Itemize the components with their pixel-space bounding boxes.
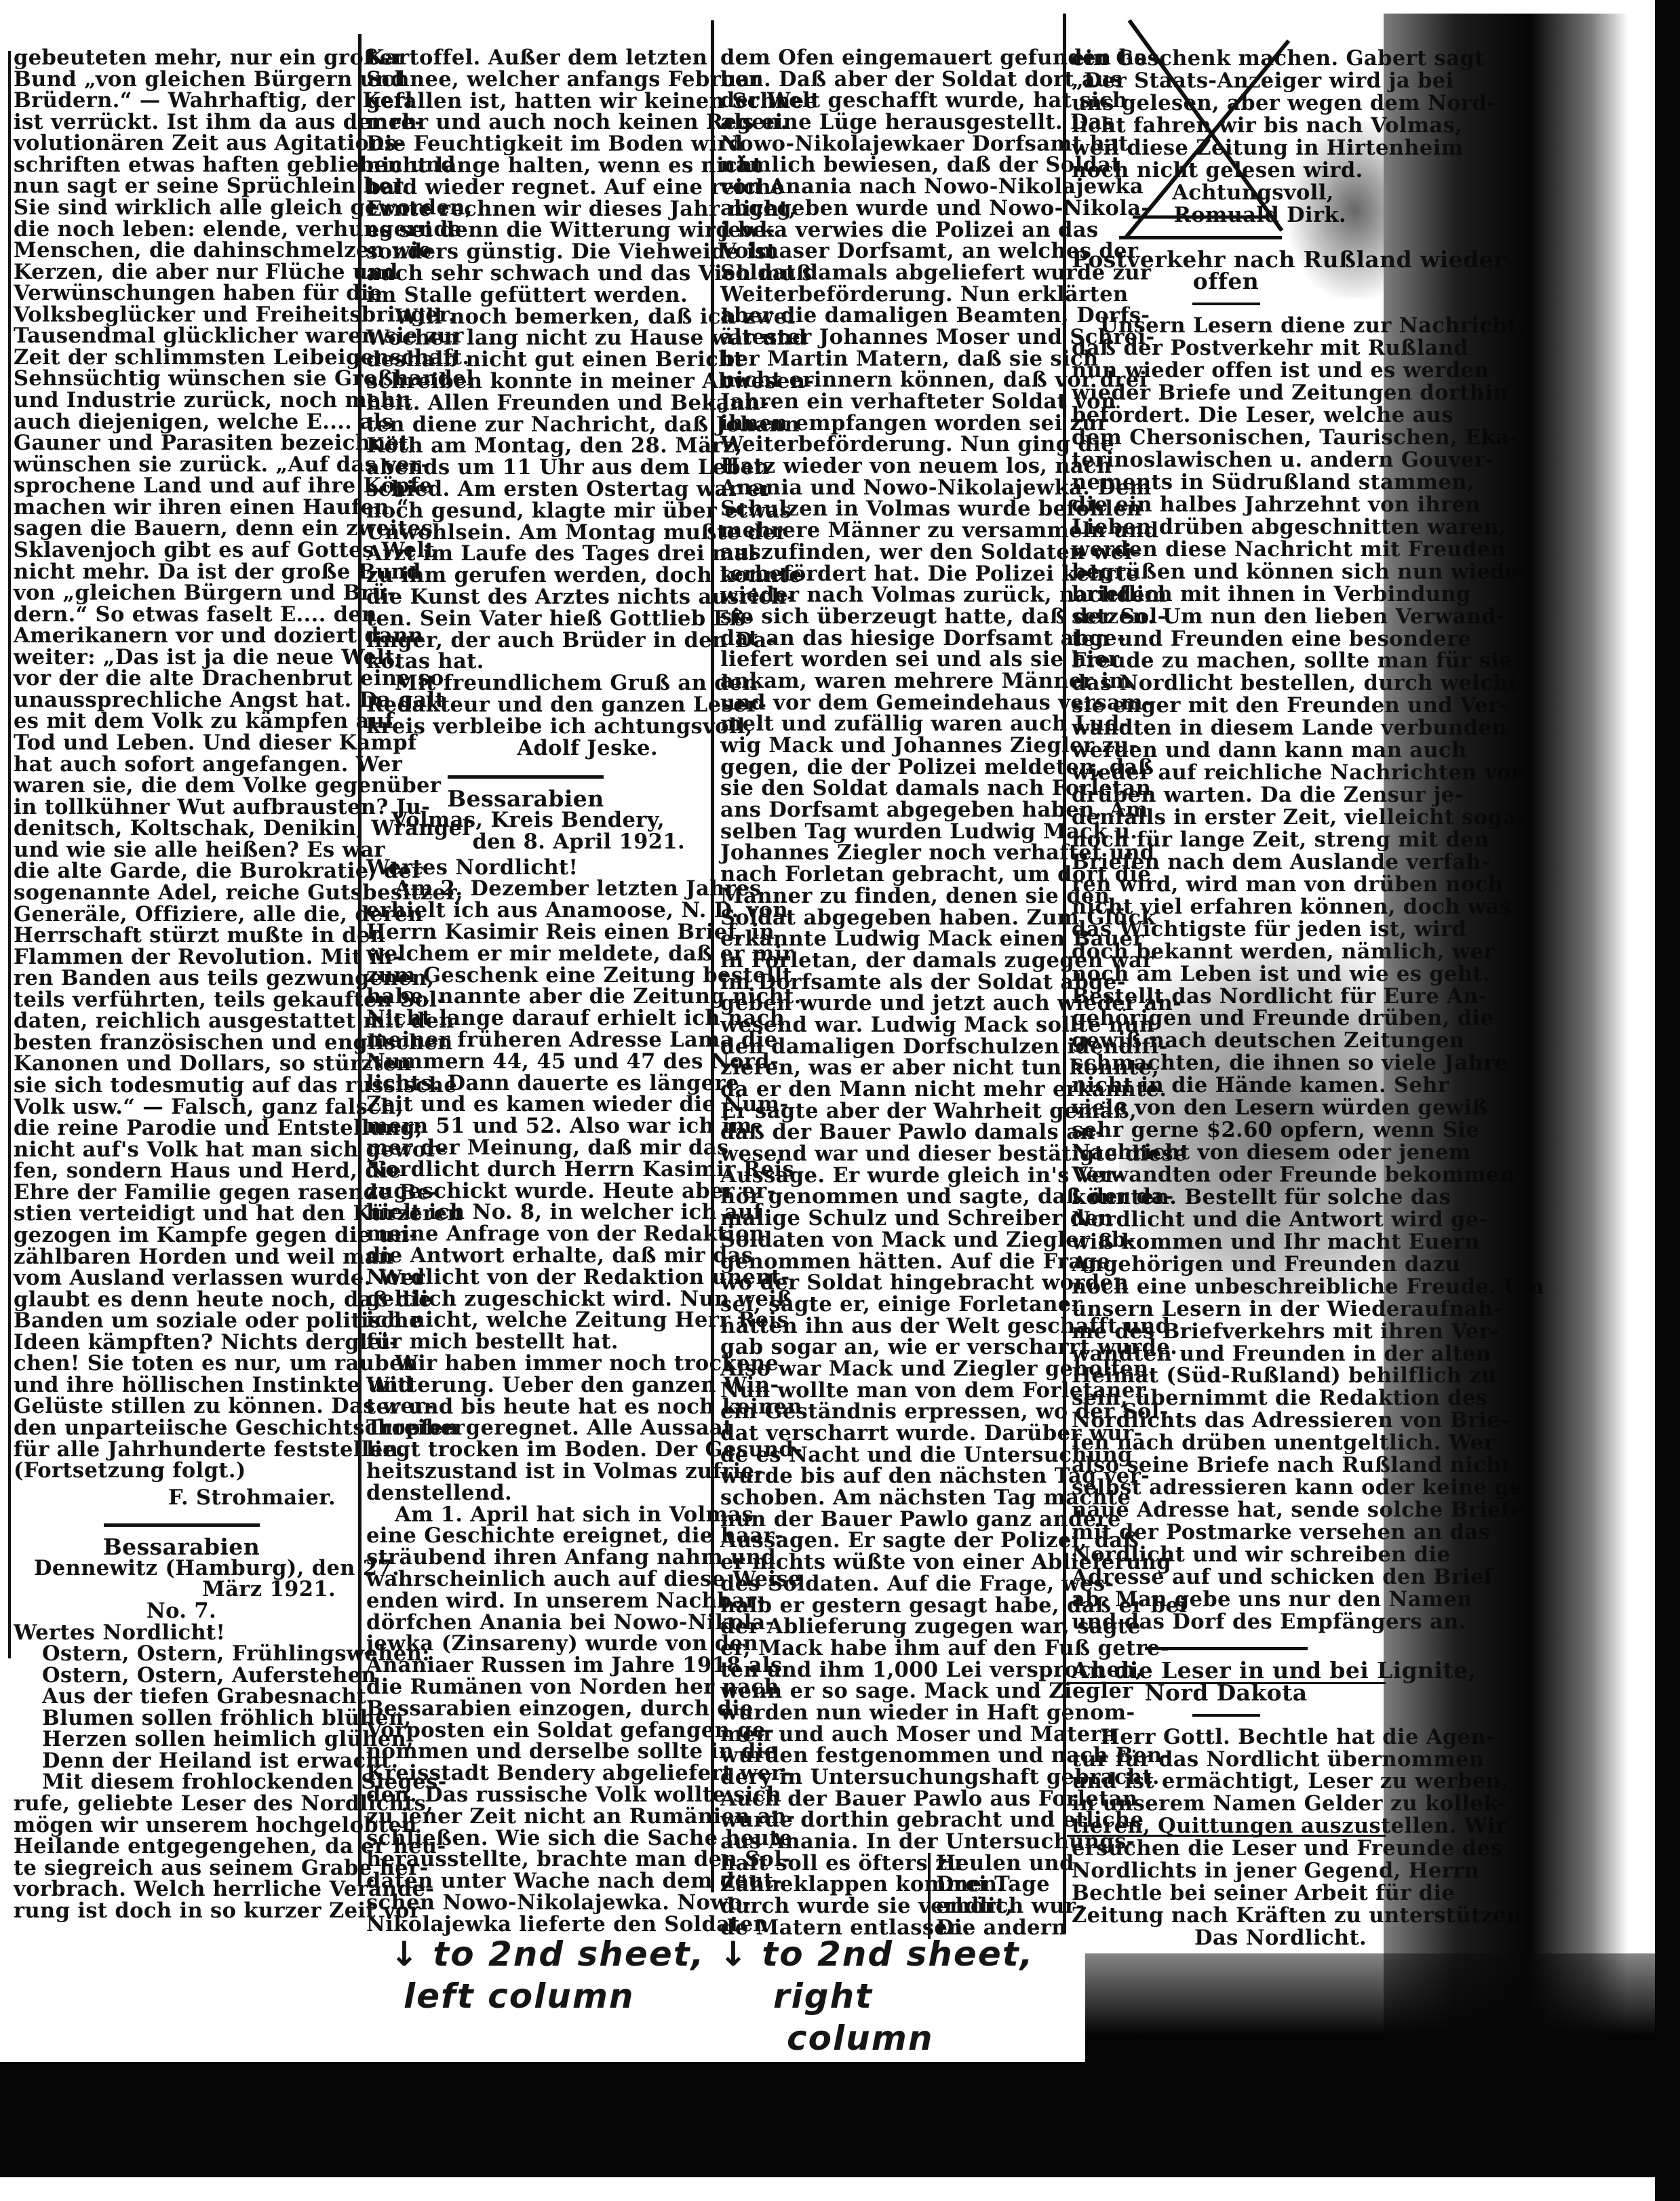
- text-line: vorbrach. Welch herrliche Verände-: [14, 1879, 349, 1901]
- text-line: Nordlichts in jener Gegend, Herrn: [1072, 1860, 1380, 1882]
- text-line: denfalls in erster Zeit, vielleicht soga…: [1072, 806, 1380, 829]
- text-line: werden und dann kann man auch: [1072, 739, 1380, 762]
- text-line: Soldaten von Mack und Ziegler ab-: [720, 1230, 1039, 1251]
- text-line: Also war Mack und Ziegler geholfen.: [720, 1359, 1039, 1380]
- text-line: denitsch, Koltschak, Denikin, Wrangel: [14, 818, 349, 840]
- text-line: men und auch Moser und Matern: [720, 1724, 1039, 1746]
- text-line: Briefen nach dem Auslande verfah-: [1072, 851, 1380, 874]
- text-line: zum Geschenk eine Zeitung bestellt: [366, 965, 685, 987]
- text-line: nach Forletan gebracht, um dort die: [720, 864, 1039, 886]
- text-line: Unsern Lesern diene zur Nachricht,: [1072, 315, 1380, 337]
- text-line: wieder nach Volmas zurück, nachdem: [720, 585, 1039, 606]
- text-line: Tod und Leben. Und dieser Kampf: [14, 733, 349, 754]
- text-line: den unparteiische Geschichtschreiber: [14, 1418, 349, 1439]
- column-1-dateline-date: März 1921.: [14, 1579, 349, 1601]
- text-line: (Fortsetzung folgt.): [14, 1460, 349, 1482]
- text-line: Zeitung nach Kräften zu unterstützen.: [1072, 1905, 1380, 1927]
- text-line: Aussage. Er wurde gleich in's Ver-: [720, 1165, 1039, 1187]
- text-line: hielt ich No. 8, in welcher ich auf: [366, 1202, 685, 1224]
- text-line: Ostern, Ostern, Auferstehen: [14, 1665, 349, 1687]
- scan-shadow-right: [1384, 14, 1628, 2082]
- text-line: fen nach drüben unentgeltlich. Wer: [1072, 1432, 1380, 1454]
- text-line: Volksbeglücker und Freiheitsbringer.: [14, 305, 349, 326]
- text-line: mit der Postmarke versehen an das: [1072, 1521, 1380, 1544]
- text-line: Wochen lang nicht zu Hause war und: [366, 328, 685, 349]
- text-line: ren wird, wird man von drüben noch: [1072, 874, 1380, 896]
- text-line: wurden nun wieder in Haft genom-: [720, 1702, 1039, 1724]
- handwritten-note-right-line3: column: [719, 2017, 1034, 2059]
- text-line: besten französischen und englischen: [14, 1032, 349, 1054]
- text-line: Tausendmal glücklicher waren sie zur: [14, 326, 349, 347]
- text-line: rufe, geliebte Leser des Nordlichts,: [14, 1793, 349, 1815]
- text-line: liefert worden sei und als sie hier: [720, 649, 1039, 671]
- text-line: teils verführten, teils gekauften Sol-: [14, 990, 349, 1011]
- text-line: Die Feuchtigkeit im Boden wird: [366, 134, 685, 155]
- text-line: Mit diesem frohlockenden Sieges-: [14, 1772, 349, 1793]
- column-2-signature: Adolf Jeske.: [366, 738, 685, 760]
- text-line: te siegreich aus seinem Grabe her-: [14, 1858, 349, 1879]
- text-line: nicht viel erfahren können, doch was: [1072, 896, 1380, 918]
- text-line: Auch der Bauer Pawlo aus Forletan: [720, 1789, 1039, 1810]
- handwritten-note-left: ↓ to 2nd sheet, left column: [390, 1933, 705, 2017]
- text-line: sei, sagte er, einige Forletaner: [720, 1294, 1039, 1316]
- text-line: Will noch bemerken, daß ich zwei: [366, 307, 685, 328]
- text-line: in Forletan, der damals zugegen war: [720, 950, 1039, 972]
- text-line: sogenannte Adel, reiche Gutsbesitzer,: [14, 882, 349, 904]
- text-line: dern.“ So etwas faselt E.... den: [14, 604, 349, 626]
- text-line: me des Briefverkehrs mit ihren Ver-: [1072, 1321, 1380, 1343]
- text-line: wenn er so sage. Mack und Ziegler: [720, 1681, 1039, 1702]
- text-line: sie sich todesmutig auf das russische: [14, 1075, 349, 1097]
- text-line: dörfchen Anania bei Nowo-Nikola-: [366, 1612, 685, 1634]
- column-1: gebeuteten mehr, nur ein großerBund „von…: [14, 47, 349, 1922]
- text-line: gegen, die der Polizei meldeten, daß: [720, 757, 1039, 779]
- text-line: abends um 11 Uhr aus dem Leben: [366, 457, 685, 479]
- text-line: terinoslawischen u. andern Gouver-: [1072, 449, 1380, 471]
- text-line: Drei Tage: [936, 1874, 1048, 1896]
- text-line: und Industrie zurück, noch mehr,: [14, 390, 349, 412]
- text-line: Volmaser Dorfsamt, an welches der: [720, 241, 1039, 262]
- scan-shadow-right-edge: [1655, 0, 1680, 2201]
- text-line: Freude zu machen, sollte man für sie: [1072, 650, 1380, 672]
- text-line: Heimat (Süd-Rußland) behilflich zu: [1072, 1365, 1380, 1387]
- divider: [1145, 1647, 1308, 1650]
- text-line: Tropfen geregnet. Alle Aussaat: [366, 1418, 685, 1439]
- column-1-article-text: gebeuteten mehr, nur ein großerBund „von…: [14, 47, 349, 1482]
- text-line: sagen die Bauern, denn ein zweites: [14, 518, 349, 540]
- text-line: genommen hätten. Auf die Frage,: [720, 1251, 1039, 1273]
- column-3-split-right: Heulen undDrei Tageendlich wur-Die ander…: [928, 1853, 1048, 1939]
- column-3-split-block: haft soll es öfters zuZähneklappen komme…: [720, 1853, 1039, 1939]
- text-line: ich nicht, welche Zeitung Herr Reis: [366, 1310, 685, 1331]
- text-line: Mit freundlichem Gruß an den: [366, 673, 685, 695]
- text-line: Bessarabien einzogen, durch die: [366, 1698, 685, 1720]
- text-line: Flammen der Revolution. Mit ih-: [14, 947, 349, 969]
- text-line: Herr Gottl. Bechtle hat die Agen-: [1072, 1726, 1380, 1749]
- text-line: dat an das hiesige Dorfsamt abge-: [720, 628, 1039, 650]
- text-line: ist verrückt. Ist ihm da aus der re-: [14, 112, 349, 134]
- text-line: abgegeben wurde und Nowo-Nikola-: [720, 198, 1039, 220]
- text-line: waren sie, die dem Volke gegenüber: [14, 775, 349, 797]
- text-line: daß der Postverkehr mit Rußland: [1072, 337, 1380, 359]
- scanned-newspaper-page: gebeuteten mehr, nur ein großerBund „von…: [0, 0, 1680, 2201]
- text-line: Sklavenjoch gibt es auf Gottes Welt: [14, 540, 349, 562]
- text-line: von Anania nach Nowo-Nikolajewka: [720, 176, 1039, 198]
- text-line: Amerikanern vor und doziert dann: [14, 625, 349, 647]
- text-line: lichts. Dann dauerte es längere: [366, 1073, 685, 1095]
- text-line: Witterung. Ueber den ganzen Win-: [366, 1375, 685, 1397]
- text-line: zu ihm gerufen werden, doch konnte: [366, 565, 685, 587]
- text-line: nun sagt er seine Sprüchlein her.: [14, 176, 349, 197]
- text-line: deshalb nicht gut einen Bericht: [366, 349, 685, 371]
- column-4-agency-notice: Herr Gottl. Bechtle hat die Agen-tur für…: [1072, 1726, 1380, 1927]
- text-line: dem Chersonischen, Taurischen, Eka-: [1072, 427, 1380, 449]
- text-line: nicht mehr. Da ist der große Bund: [14, 562, 349, 583]
- text-line: erkannte Ludwig Mack einen Bauer: [720, 929, 1039, 950]
- text-line: im Dorfsamte als der Soldat abge-: [720, 972, 1039, 994]
- text-line: Banden um soziale oder politische: [14, 1310, 349, 1332]
- text-line: in tollkühner Wut aufbrausten? Ju-: [14, 797, 349, 819]
- text-line: naue Adresse hat, sende solche Briefe: [1072, 1499, 1380, 1521]
- text-line: des Soldaten. Auf die Frage, wes-: [720, 1574, 1039, 1595]
- text-line: weiter: „Das ist ja die neue Welt,: [14, 647, 349, 669]
- column-3-split-left: haft soll es öfters zuZähneklappen komme…: [720, 1853, 917, 1939]
- text-line: es sei denn die Witterung wird be-: [366, 220, 685, 241]
- text-line: Anania und Nowo-Nikolajewka. Dem: [720, 478, 1039, 499]
- text-line: daten unter Wache nach dem deut-: [366, 1871, 685, 1892]
- text-line: Gelüste stillen zu können. Das wer-: [14, 1396, 349, 1418]
- text-line: tur für das Nordlicht übernommen: [1072, 1749, 1380, 1771]
- text-line: von „gleichen Bürgern und Brü-: [14, 583, 349, 604]
- text-line: Schulzen in Volmas wurde befohlen: [720, 499, 1039, 520]
- text-line: sie den Soldat damals nach Forletan: [720, 778, 1039, 800]
- text-line: machen wir ihren einen Haufen.“: [14, 497, 349, 519]
- column-rule-left-margin: [8, 51, 11, 1658]
- text-line: mehr und auch noch keinen Regen.: [366, 112, 685, 134]
- text-line: und das Dorf des Empfängers an.: [1072, 1611, 1380, 1633]
- text-line: wo der Soldat hingebracht worden: [720, 1272, 1039, 1294]
- text-line: tieren, Quittungen auszustellen. Wir: [1072, 1815, 1380, 1837]
- text-line: Lieben drüben abgeschnitten waren,: [1072, 516, 1380, 539]
- text-line: nämlich bewiesen, daß der Soldat: [720, 155, 1039, 176]
- text-line: chen! Sie toten es nur, um rauben: [14, 1353, 349, 1375]
- text-line: und wie sie alle heißen? Es war: [14, 840, 349, 861]
- text-line: Ostern, Ostern, Frühlingswehen:: [14, 1643, 349, 1665]
- text-line: drüben warten. Da die Zensur je-: [1072, 784, 1380, 806]
- text-line: Adresse auf und schicken den Brief: [1072, 1566, 1380, 1589]
- text-line: Nicht lange darauf erhielt ich nach: [366, 1008, 685, 1030]
- text-line: Kartoffel. Außer dem letzten: [366, 47, 685, 69]
- column-1-poem: Ostern, Ostern, Frühlingswehen:Ostern, O…: [14, 1643, 349, 1772]
- text-line: ersuchen die Leser und Freunde des: [1072, 1837, 1380, 1860]
- text-line: Herrschaft stürzt mußte in den: [14, 925, 349, 947]
- text-line: Am 1. April hat sich in Volmas: [366, 1504, 685, 1526]
- text-line: Ernte rechnen wir dieses Jahr nicht,: [366, 199, 685, 220]
- column-2-paragraph-newspaper: Am 2. Dezember letzten Jahreserhielt ich…: [366, 878, 685, 1353]
- text-line: Sie sind wirklich alle gleich geworden,: [14, 197, 349, 219]
- text-line: Heilande entgegengehen, da er heu-: [14, 1836, 349, 1858]
- text-line: Soldat abgegeben haben. Zum Glück: [720, 908, 1039, 929]
- text-line: Ideen kämpften? Nichts derglei-: [14, 1332, 349, 1354]
- text-line: mer der Meinung, daß mir das: [366, 1137, 685, 1159]
- text-line: Nummern 44, 45 und 47 des Nord-: [366, 1051, 685, 1073]
- text-line: Menschen, die dahinschmelzen wie: [14, 240, 349, 262]
- text-line: ter und bis heute hat es noch keinen: [366, 1397, 685, 1418]
- text-line: sprochene Land und auf ihre Köpfe: [14, 475, 349, 497]
- text-line: als eine Lüge herausgestellt. Das: [720, 112, 1039, 134]
- text-line: befördert. Die Leser, welche aus: [1072, 404, 1380, 427]
- text-line: im Stalle gefüttert werden.: [366, 285, 685, 307]
- text-line: ten. Sein Vater hieß Gottlieb Eß-: [366, 608, 685, 630]
- text-line: ber Martin Matern, daß sie sich: [720, 349, 1039, 370]
- text-line: sonders günstig. Die Viehweide ist: [366, 241, 685, 263]
- text-line: ein Geständnis erpressen, wo der Sol-: [720, 1401, 1039, 1423]
- text-line: wig Mack und Johannes Ziegler zu-: [720, 735, 1039, 757]
- column-2-section-heading: Bessarabien: [366, 788, 685, 810]
- text-line: Nikolajewka lieferte den Soldaten: [366, 1914, 685, 1936]
- text-line: liegt trocken im Boden. Der Gesund-: [366, 1439, 685, 1461]
- text-line: ihnen empfangen worden sei zur: [720, 413, 1039, 435]
- text-line: in unserem Namen Gelder zu kollek-: [1072, 1793, 1380, 1815]
- text-line: wünschen sie zurück. „Auf das ver-: [14, 454, 349, 476]
- handwritten-note-right-line2: right: [719, 1975, 1034, 2017]
- text-line: die ein halbes Jahrzehnt von ihren: [1072, 494, 1380, 516]
- text-line: denstellend.: [366, 1483, 685, 1504]
- text-line: ans Dorfsamt abgegeben haben. Am: [720, 800, 1039, 821]
- text-line: werden diese Nachricht mit Freuden: [1072, 539, 1380, 561]
- text-line: Er sagte aber der Wahrheit gemäß,: [720, 1101, 1039, 1123]
- handwritten-note-right-line1: ↓ to 2nd sheet,: [719, 1933, 1034, 1975]
- text-line: ren Banden aus teils gezwungenen,: [14, 968, 349, 990]
- column-4-signature-2: Das Nordlicht.: [1072, 1927, 1380, 1949]
- text-line: Jahren ein verhafteter Soldat von: [720, 391, 1039, 413]
- text-line: Soldat damals abgeliefert wurde zur: [720, 262, 1039, 284]
- column-2-dateline-date: den 8. April 1921.: [366, 832, 685, 853]
- column-3-article-text: dem Ofen eingemauert gefunden ha-ben. Da…: [720, 47, 1039, 1853]
- text-line: Männer zu finden, denen sie den: [720, 886, 1039, 908]
- text-line: wandten in diesem Lande verbunden: [1072, 717, 1380, 739]
- text-line: ten diene zur Nachricht, daß Johann: [366, 414, 685, 436]
- text-line: Vorposten ein Soldat gefangen ge-: [366, 1720, 685, 1742]
- text-line: Kerzen, die aber nur Flüche und: [14, 262, 349, 284]
- text-line: Brüdern.“ — Wahrhaftig, der Kerl: [14, 90, 349, 112]
- text-line: also seine Briefe nach Rußland nicht: [1072, 1454, 1380, 1477]
- text-line: Gauner und Parasiten bezeichnet,: [14, 433, 349, 454]
- text-line: nicht erinnern können, daß vor drei: [720, 370, 1039, 391]
- text-line: vor der die alte Drachenbrut eine so: [14, 668, 349, 690]
- text-line: Nordlichts das Adressieren von Brie-: [1072, 1409, 1380, 1432]
- column-4-heading-readers: An die Leser in und bei Lignite,: [1072, 1660, 1380, 1682]
- text-line: für mich bestellt hat.: [366, 1331, 685, 1353]
- scan-smudge-col4-top: [1289, 122, 1384, 298]
- text-line: daten, reichlich ausgestattet mit den: [14, 1011, 349, 1032]
- text-line: ab. Man gebe uns nur den Namen: [1072, 1589, 1380, 1611]
- text-line: daß der Bauer Pawlo damals an-: [720, 1122, 1039, 1144]
- text-line: schen Nowo-Nikolajewka. Nowo-: [366, 1892, 685, 1914]
- text-line: auch sehr schwach und das Vieh muß: [366, 263, 685, 285]
- text-line: herausstellte, brachte man den Sol-: [366, 1849, 685, 1871]
- text-line: Schnee, welcher anfangs Februar: [366, 69, 685, 91]
- text-line: Generäle, Offiziere, alle die, deren: [14, 904, 349, 926]
- text-line: die noch leben: elende, verhungernde: [14, 219, 349, 241]
- text-line: Blumen sollen fröhlich blühen,: [14, 1708, 349, 1730]
- text-line: und ihre höllischen Instinkte und: [14, 1375, 349, 1397]
- text-line: wurde bis auf den nächsten Tag ver-: [720, 1466, 1039, 1487]
- text-line: habe, nannte aber die Zeitung nicht.: [366, 986, 685, 1008]
- text-line: Redakteur und den ganzen Leser-: [366, 695, 685, 716]
- text-line: gezogen im Kampfe gegen die un-: [14, 1225, 349, 1247]
- text-line: und ist ermächtigt, Leser zu werben,: [1072, 1770, 1380, 1793]
- text-line: Bechtle bei seiner Arbeit für die: [1072, 1882, 1380, 1905]
- text-line: Ananiaer Russen im Jahre 1918 als: [366, 1655, 685, 1677]
- text-line: volutionären Zeit aus Agitations-: [14, 133, 349, 155]
- handwritten-note-left-line1: ↓ to 2nd sheet,: [390, 1933, 705, 1975]
- text-line: kreis verbleibe ich achtungsvoll,: [366, 716, 685, 738]
- column-2-paragraph-soldier-story: Am 1. April hat sich in Volmaseine Gesch…: [366, 1504, 685, 1936]
- text-line: Am 2. Dezember letzten Jahres: [366, 878, 685, 900]
- text-line: Nordlicht von der Redaktion unent-: [366, 1267, 685, 1289]
- text-line: mern 51 und 52. Also war ich im-: [366, 1116, 685, 1137]
- text-line: Verwünschungen haben für die: [14, 283, 349, 305]
- column-2-paragraph-obituary: Will noch bemerken, daß ich zweiWochen l…: [366, 307, 685, 674]
- text-line: jewka (Zinsareny) wurde von den: [366, 1633, 685, 1655]
- text-line: nements in Südrußland stammen,: [1072, 471, 1380, 494]
- column-2-closing: Mit freundlichem Gruß an denRedakteur un…: [366, 673, 685, 737]
- text-line: das Nordlicht bestellen, durch welches: [1072, 672, 1380, 695]
- text-line: das Wichtigste für jeden ist, wird: [1072, 918, 1380, 941]
- text-line: für alle Jahrhunderte feststellen.: [14, 1439, 349, 1461]
- text-line: zählbaren Horden und weil man: [14, 1247, 349, 1268]
- text-line: Zeit und es kamen wieder die Num-: [366, 1094, 685, 1116]
- text-line: die Antwort erhalte, daß mir das: [366, 1245, 685, 1267]
- text-line: wahrscheinlich auch auf diese Weise: [366, 1569, 685, 1591]
- text-line: hat auch sofort angefangen. Wer: [14, 754, 349, 776]
- text-line: Nordlicht durch Herrn Kasimir Reis: [366, 1159, 685, 1181]
- text-line: vom Ausland verlassen wurde. Wer: [14, 1268, 349, 1289]
- text-line: wieder auf reichliche Nachrichten von: [1072, 762, 1380, 784]
- text-line: geltlich zugeschickt wird. Nun weiß: [366, 1289, 685, 1310]
- text-line: gebeuteten mehr, nur ein großer: [14, 47, 349, 69]
- divider: [1192, 303, 1260, 305]
- text-line: terbefördert hat. Die Polizei kehrte: [720, 564, 1039, 585]
- text-line: ten und Freunden eine besondere: [1072, 628, 1380, 650]
- text-line: Sehnsüchtig wünschen sie Großhandel: [14, 368, 349, 390]
- text-line: eine Geschichte ereignet, die haar-: [366, 1525, 685, 1547]
- text-line: Bund „von gleichen Bürgern und: [14, 69, 349, 91]
- text-line: Heulen und: [936, 1853, 1048, 1875]
- text-line: sie enger mit den Freunden und Ver-: [1072, 695, 1380, 717]
- column-1-letter-text: Mit diesem frohlockenden Sieges-rufe, ge…: [14, 1772, 349, 1922]
- text-line: die Kunst des Arztes nichts ausrich-: [366, 587, 685, 608]
- text-line: selben Tag wurden Ludwig Mack u.: [720, 821, 1039, 843]
- text-line: Arzt im Laufe des Tages drei mal: [366, 543, 685, 565]
- text-line: dem Ofen eingemauert gefunden ha-: [720, 47, 1039, 69]
- text-line: ten und ihm 1,000 Lei versprochen,: [720, 1660, 1039, 1681]
- text-line: wurden festgenommen und nach Ben-: [720, 1745, 1039, 1767]
- text-line: schließen. Wie sich die Sache heute: [366, 1828, 685, 1850]
- text-line: Weiterbeförderung. Nun erklärten: [720, 284, 1039, 306]
- column-2-dateline: Volmas, Kreis Bendery,: [366, 810, 685, 832]
- text-line: kotas hat.: [366, 651, 685, 673]
- text-line: sträubend ihren Anfang nahm und: [366, 1547, 685, 1569]
- text-line: bald wieder regnet. Auf eine reiche: [366, 177, 685, 199]
- text-line: fen, sondern Haus und Herd, die: [14, 1161, 349, 1182]
- text-line: Unwohlsein. Am Montag mußte der: [366, 522, 685, 544]
- text-line: melt und zufällig waren auch Lud-: [720, 714, 1039, 735]
- text-line: nicht auf's Volk hat man sich gewor-: [14, 1140, 349, 1161]
- text-line: hätten ihn aus der Welt geschafft und: [720, 1316, 1039, 1338]
- text-line: rung ist doch in so kurzer Zeit vor: [14, 1901, 349, 1922]
- handwritten-note-right: ↓ to 2nd sheet, right column: [719, 1933, 1034, 2059]
- text-line: Hatz wieder von neuem los, nach: [720, 456, 1039, 478]
- text-line: den damaligen Dorfschulzen idendifi-: [720, 1036, 1039, 1058]
- text-line: aber die damaligen Beamten, Dorfs-: [720, 305, 1039, 327]
- text-line: Johannes Ziegler noch verhaftet und: [720, 842, 1039, 864]
- text-line: wesend war. Ludwig Mack sollte nun: [720, 1015, 1039, 1036]
- column-1-letter-number: No. 7.: [14, 1601, 349, 1622]
- text-line: Nordlicht und wir schreiben die: [1072, 1544, 1380, 1566]
- text-line: Denn der Heiland ist erwacht.: [14, 1751, 349, 1772]
- text-line: schoben. Am nächsten Tag machte: [720, 1487, 1039, 1509]
- text-line: gab sogar an, wie er verscharrt wurde.: [720, 1337, 1039, 1359]
- text-line: haft soll es öfters zu: [720, 1853, 917, 1875]
- text-line: heit. Allen Freunden und Bekann-: [366, 393, 685, 414]
- column-2-paragraph-weather: Kartoffel. Außer dem letztenSchnee, welc…: [366, 47, 685, 307]
- text-line: der Ablieferung zugegen war, sagte: [720, 1616, 1039, 1638]
- text-line: halb er gestern gesagt habe, daß er bei: [720, 1595, 1039, 1617]
- text-line: da er den Mann nicht mehr erkannte.: [720, 1079, 1039, 1101]
- text-line: zieren, was er aber nicht tun konnte,: [720, 1057, 1039, 1079]
- text-line: endlich wur-: [936, 1896, 1048, 1917]
- divider: [104, 1523, 260, 1527]
- text-line: nommen und derselbe sollte in die: [366, 1741, 685, 1763]
- text-line: wandten und Freunden in der alten: [1072, 1343, 1380, 1365]
- text-line: Nowo-Nikolajewkaer Dorfsamt hat: [720, 134, 1039, 155]
- text-line: heitszustand ist in Volmas zufrie-: [366, 1461, 685, 1483]
- divider: [448, 775, 604, 779]
- column-4-heading-readers-2: Nord Dakota: [1072, 1682, 1380, 1705]
- text-line: durch wurde sie verhört,: [720, 1896, 917, 1917]
- text-line: wieder Briefe und Zeitungen dorthin: [1072, 382, 1380, 404]
- text-line: er, Mack habe ihm auf den Fuß getre-: [720, 1638, 1039, 1660]
- text-line: meiner früheren Adresse Lama die: [366, 1030, 685, 1051]
- text-line: Ehre der Familie gegen rasende Be-: [14, 1182, 349, 1204]
- column-1-salutation: Wertes Nordlicht!: [14, 1622, 349, 1644]
- text-line: geben wurde und jetzt auch wieder an-: [720, 993, 1039, 1015]
- text-line: nun wieder offen ist und es werden: [1072, 359, 1380, 382]
- text-line: ältester Johannes Moser und Schrei-: [720, 327, 1039, 349]
- column-2-paragraph-drought: Wir haben immer noch trockeneWitterung. …: [366, 1353, 685, 1504]
- text-line: erhielt ich aus Anamoose, N. D. von: [366, 900, 685, 922]
- text-line: die Rumänen von Norden her nach: [366, 1677, 685, 1698]
- text-line: enden wird. In unserem Nachbar-: [366, 1591, 685, 1612]
- text-line: welchem er mir meldete, daß er mir: [366, 943, 685, 965]
- text-line: zugeschickt wurde. Heute aber er-: [366, 1181, 685, 1203]
- text-line: Zähneklappen kommen.: [720, 1874, 917, 1896]
- text-line: Volk usw.“ — Falsch, ganz falsch,: [14, 1097, 349, 1118]
- text-line: die reine Parodie und Entstellung;: [14, 1118, 349, 1140]
- column-2: Kartoffel. Außer dem letztenSchnee, welc…: [366, 47, 685, 1936]
- text-line: noch für lange Zeit, streng mit den: [1072, 829, 1380, 851]
- text-line: Zeit der schlimmsten Leibeigenschaft.: [14, 347, 349, 369]
- text-line: selbst adressieren kann oder keine ge-: [1072, 1477, 1380, 1499]
- text-line: schreiben konnte in meiner Abwesen-: [366, 371, 685, 393]
- text-line: Herzen sollen heimlich glühen,: [14, 1729, 349, 1751]
- text-line: Aus der tiefen Grabesnacht.: [14, 1686, 349, 1708]
- text-line: er nichts wüßte von einer Ablieferung: [720, 1552, 1039, 1574]
- text-line: Aussagen. Er sagte der Polizei, daß: [720, 1530, 1039, 1552]
- text-line: schied. Am ersten Ostertag war er: [366, 479, 685, 501]
